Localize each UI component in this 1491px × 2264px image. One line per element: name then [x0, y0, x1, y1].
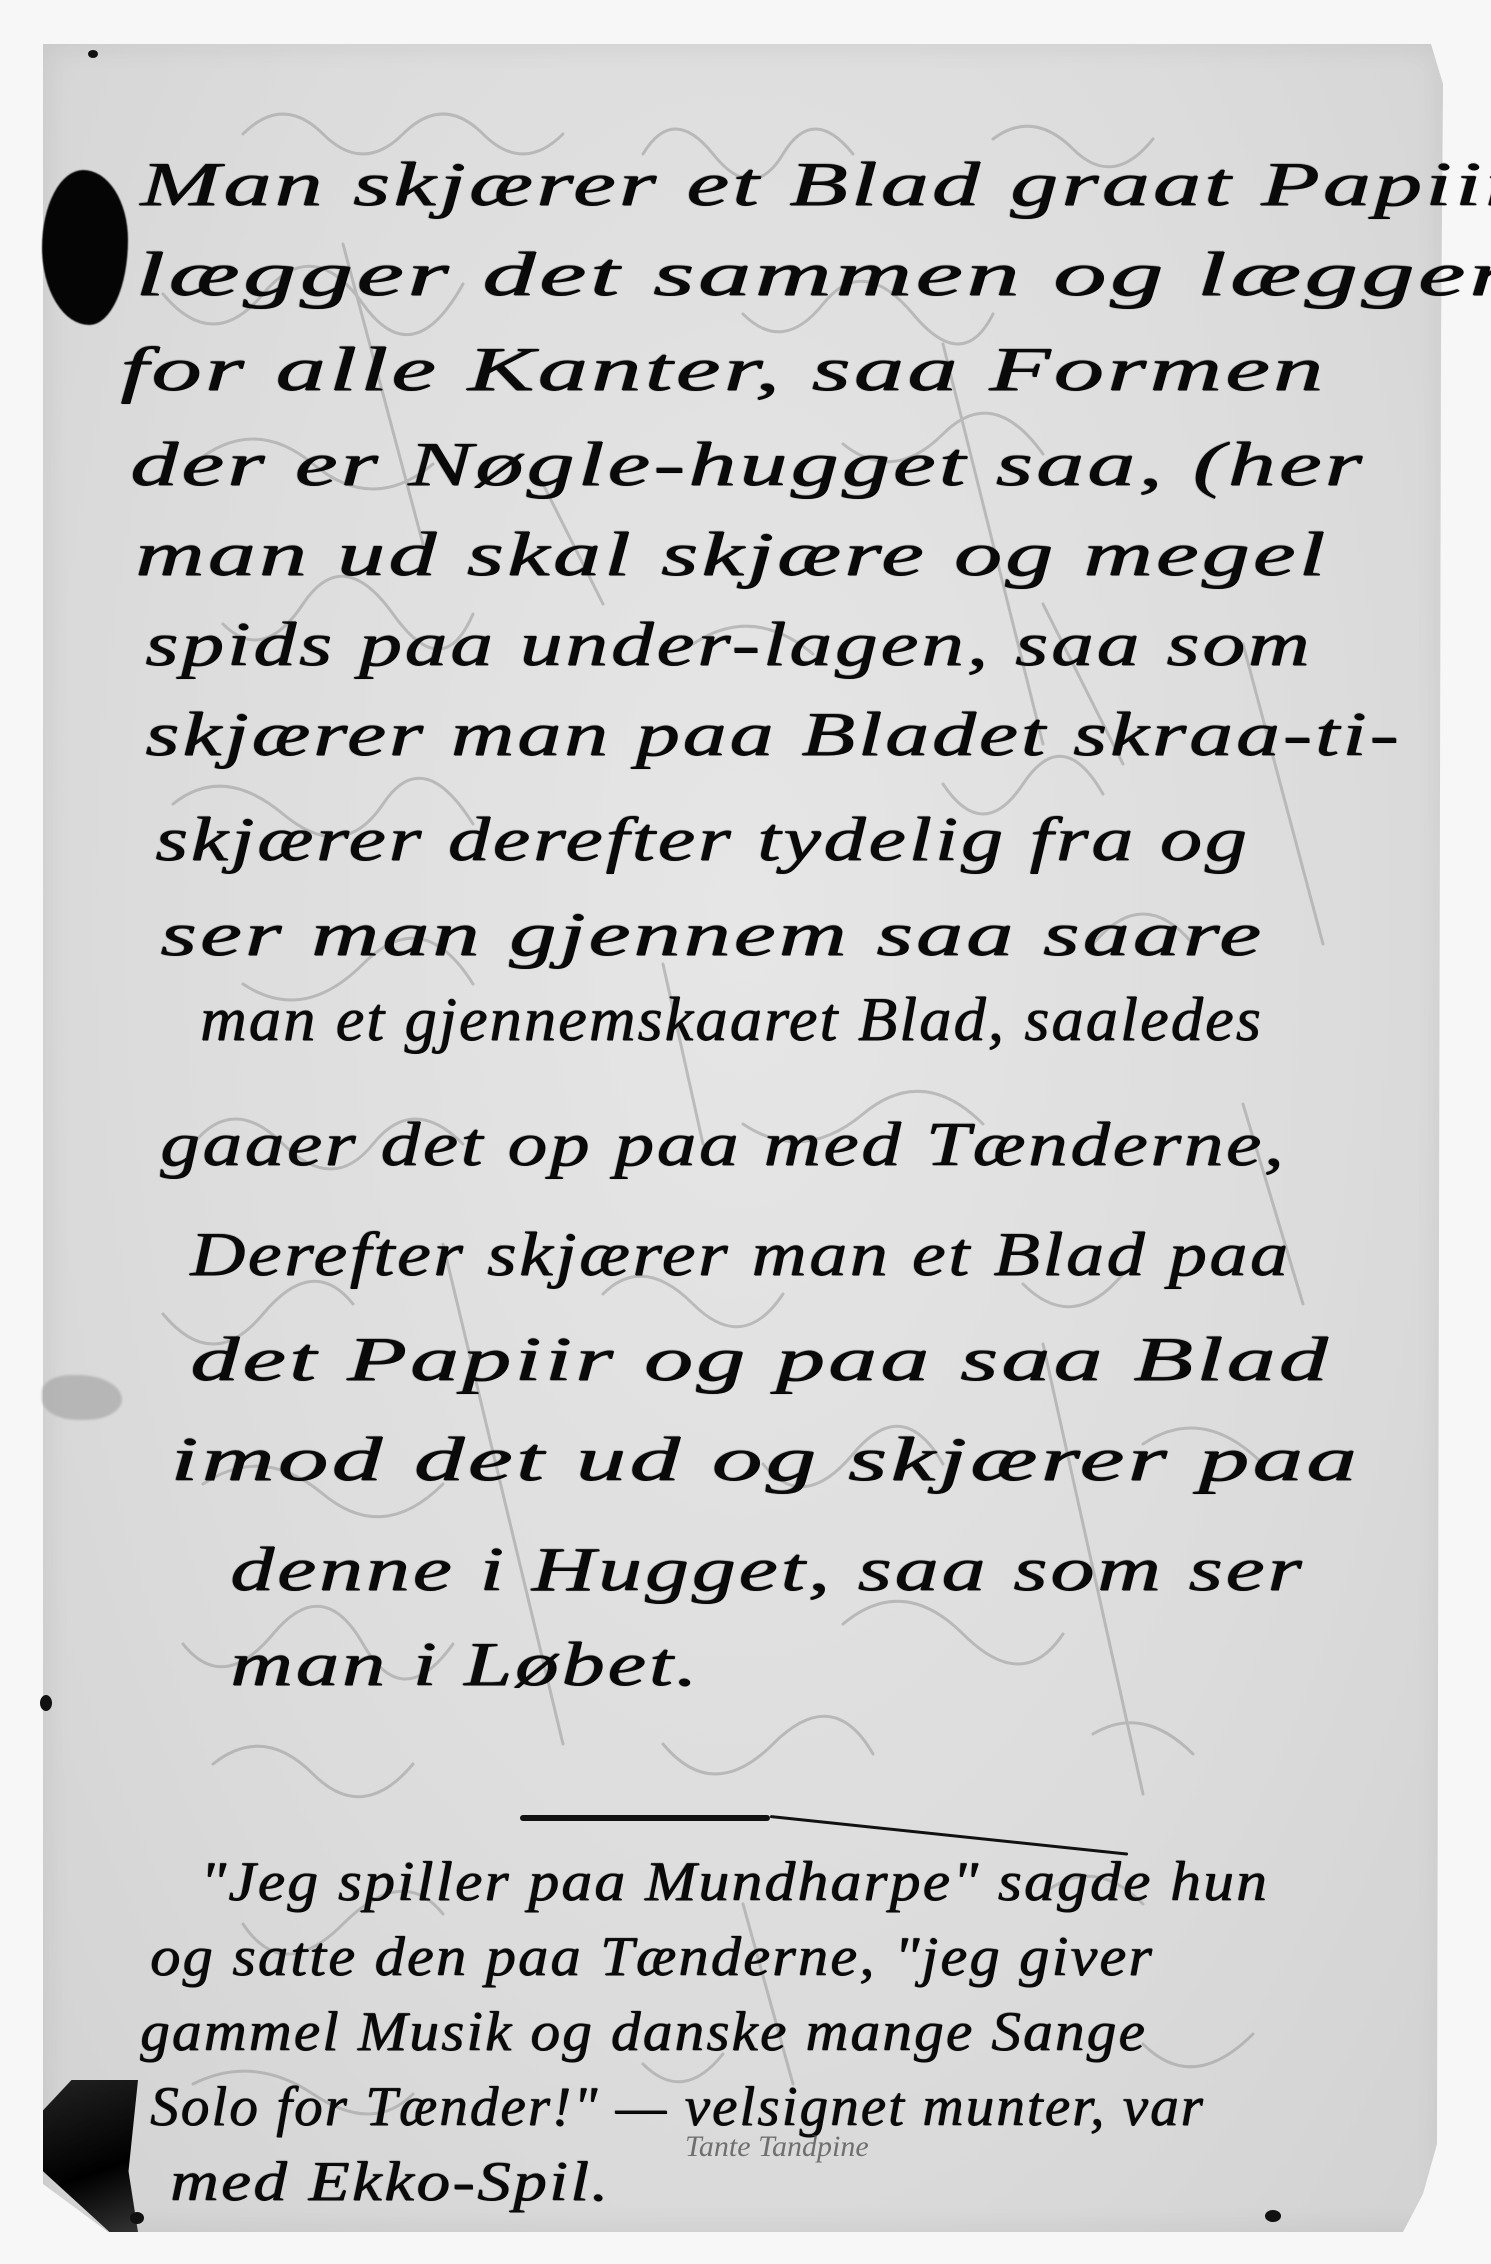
- ink-speck-bottom-right: [1265, 2210, 1281, 2222]
- manuscript-line: "Jeg spiller paa Mundharpe" sagde hun: [200, 1850, 1269, 1914]
- ink-speck: [88, 50, 98, 58]
- manuscript-line: der er Nøgle-hugget saa, (her: [130, 430, 1365, 501]
- water-stain: [42, 1375, 122, 1420]
- manuscript-line: det Papiir og paa saa Blad: [190, 1325, 1331, 1396]
- manuscript-line: skjærer derefter tydelig fra og: [155, 805, 1249, 876]
- manuscript-line: for alle Kanter, saa Formen: [120, 335, 1326, 406]
- ink-speck-left: [40, 1695, 52, 1711]
- ink-divider: [520, 1815, 770, 1821]
- ink-blot: [42, 170, 128, 325]
- manuscript-line: med Ekko-Spil.: [170, 2150, 610, 2214]
- manuscript-line: man et gjennemskaaret Blad, saaledes: [200, 985, 1263, 1056]
- corner-stain: [43, 2080, 138, 2232]
- manuscript-line: Derefter skjærer man et Blad paa: [190, 1220, 1290, 1291]
- manuscript-line: man i Løbet.: [230, 1630, 700, 1701]
- ink-speck-bottom: [130, 2212, 144, 2224]
- manuscript-line: imod det ud og skjærer paa: [170, 1425, 1360, 1496]
- manuscript-line: denne i Hugget, saa som ser: [230, 1535, 1304, 1606]
- pencil-annotation: Tante Tandpine: [685, 2130, 869, 2164]
- manuscript-line: gammel Musik og danske mange Sange: [140, 2000, 1147, 2064]
- manuscript-line: ser man gjennem saa saare: [160, 900, 1264, 971]
- manuscript-line: spids paa under-lagen, saa som: [145, 610, 1312, 681]
- manuscript-line: lægger det sammen og lægger: [135, 240, 1491, 311]
- manuscript-line: skjærer man paa Bladet skraa-ti-: [145, 700, 1401, 771]
- manuscript-line: og satte den paa Tænderne, "jeg giver: [150, 1925, 1154, 1989]
- manuscript-line: Solo for Tænder!" — velsignet munter, va…: [150, 2075, 1205, 2139]
- manuscript-line: man ud skal skjære og megel: [135, 520, 1328, 591]
- manuscript-line: Man skjærer et Blad graat Papiir,: [140, 150, 1491, 221]
- manuscript-line: gaaer det op paa med Tænderne,: [160, 1110, 1286, 1181]
